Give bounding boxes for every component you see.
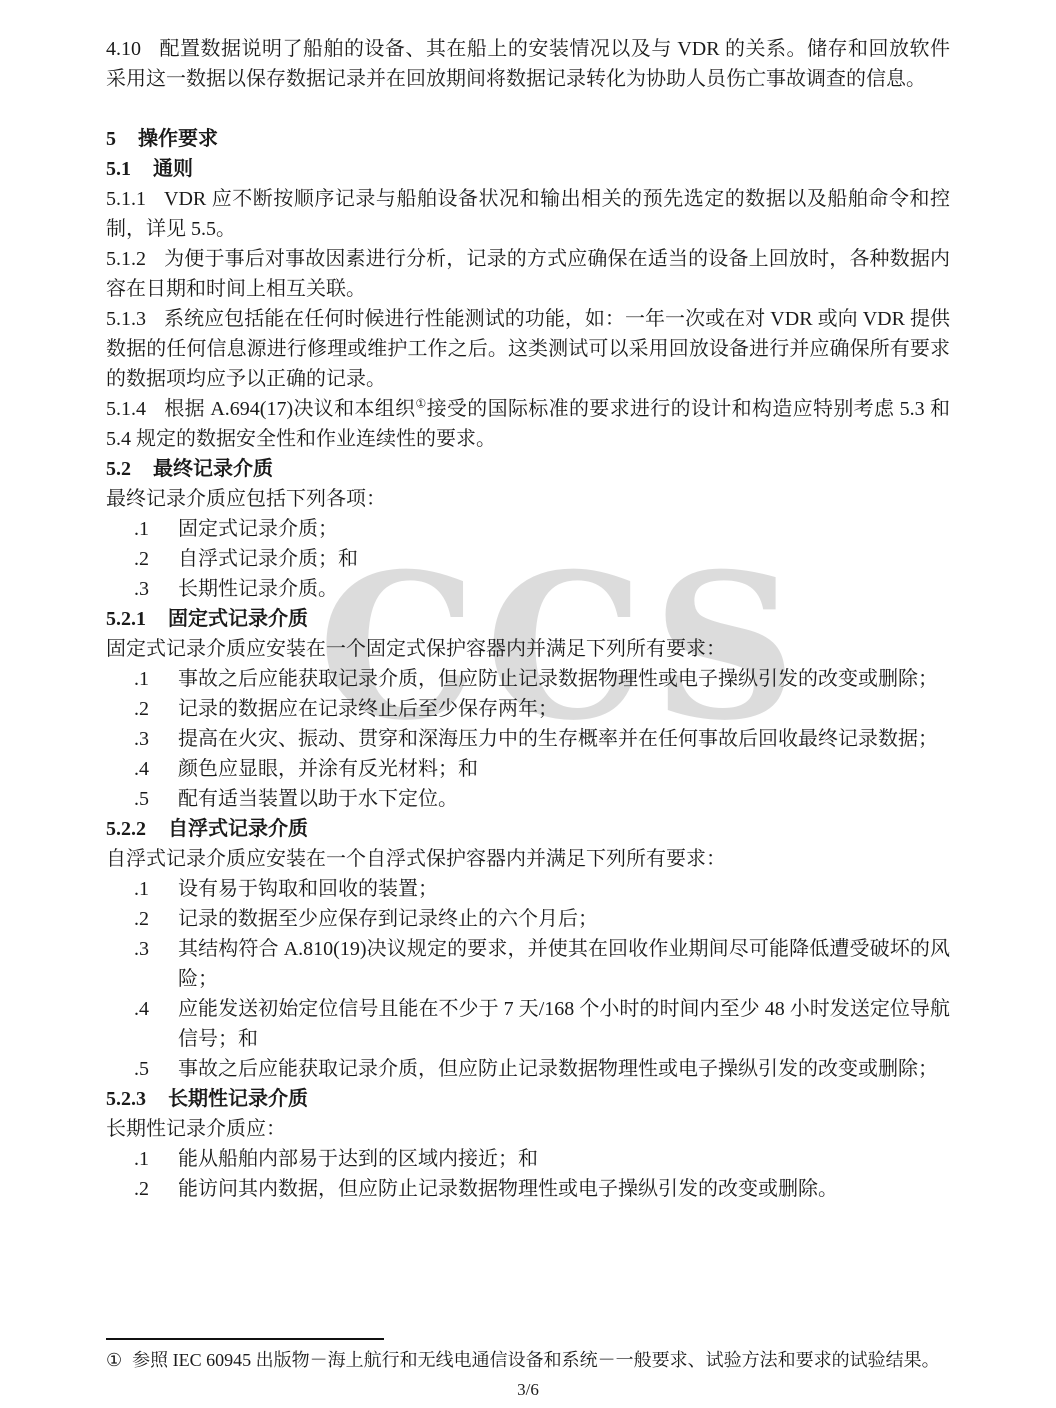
list-item-5-2-2-5: .5事故之后应能获取记录介质，但应防止记录数据物理性或电子操纵引发的改变或删除；: [106, 1054, 950, 1084]
footnote-text: 参照 IEC 60945 出版物－海上航行和无线电通信设备和系统－一般要求、试验…: [132, 1350, 940, 1370]
list-item-marker: .1: [134, 874, 149, 904]
heading-number: 5: [106, 128, 116, 150]
list-item-5-2-1-2: .2记录的数据应在记录终止后至少保存两年；: [106, 694, 950, 724]
heading-title: 通则: [153, 158, 193, 180]
footnote-ref-1: ①: [415, 396, 426, 410]
list-item-marker: .1: [134, 664, 149, 694]
list-item-5-2-2-4: .4应能发送初始定位信号且能在不少于 7 天/168 个小时的时间内至少 48 …: [106, 994, 950, 1054]
list-item-marker: .4: [134, 994, 149, 1024]
list-item-marker: .2: [134, 694, 149, 724]
list-item-text: 记录的数据至少应保存到记录终止的六个月后；: [178, 908, 598, 930]
paragraph-5-1-2: 5.1.2为便于事后对事故因素进行分析，记录的方式应确保在适当的设备上回放时，各…: [106, 244, 950, 304]
heading-5-2-3: 5.2.3长期性记录介质: [106, 1084, 950, 1114]
paragraph-text: VDR 应不断按顺序记录与船舶设备状况和输出相关的预先选定的数据以及船舶命令和控…: [106, 188, 950, 240]
list-item-5-2-1-3: .3提高在火灾、振动、贯穿和深海压力中的生存概率并在任何事故后回收最终记录数据；: [106, 724, 950, 754]
paragraph-text: 为便于事后对事故因素进行分析，记录的方式应确保在适当的设备上回放时，各种数据内容…: [106, 248, 950, 300]
paragraph-4-10: 4.10配置数据说明了船舶的设备、其在船上的安装情况以及与 VDR 的关系。储存…: [106, 34, 950, 94]
list-item-5-2-2-3: .3其结构符合 A.810(19)决议规定的要求，并使其在回收作业期间尽可能降低…: [106, 934, 950, 994]
paragraph-5-2-2-intro: 自浮式记录介质应安装在一个自浮式保护容器内并满足下列所有要求：: [106, 844, 950, 874]
list-item-text: 记录的数据应在记录终止后至少保存两年；: [178, 698, 558, 720]
heading-title: 操作要求: [138, 128, 218, 150]
list-item-text: 自浮式记录介质；和: [178, 548, 358, 570]
heading-number: 5.2.3: [106, 1088, 146, 1110]
heading-number: 5.1: [106, 158, 131, 180]
footnote-marker: ①: [106, 1350, 122, 1370]
list-item-5-2-3: .3长期性记录介质。: [106, 574, 950, 604]
footnote-area: ①参照 IEC 60945 出版物－海上航行和无线电通信设备和系统－一般要求、试…: [106, 1338, 950, 1402]
list-item-text: 颜色应显眼，并涂有反光材料；和: [178, 758, 478, 780]
list-item-text: 能从船舶内部易于达到的区域内接近；和: [178, 1148, 538, 1170]
paragraph-number: 5.1.1: [106, 188, 146, 210]
list-item-text: 应能发送初始定位信号且能在不少于 7 天/168 个小时的时间内至少 48 小时…: [178, 998, 950, 1050]
list-item-marker: .2: [134, 544, 149, 574]
list-item-5-2-2-2: .2记录的数据至少应保存到记录终止的六个月后；: [106, 904, 950, 934]
list-item-text: 事故之后应能获取记录介质，但应防止记录数据物理性或电子操纵引发的改变或删除；: [178, 668, 938, 690]
heading-number: 5.2: [106, 458, 131, 480]
heading-5-2-1: 5.2.1固定式记录介质: [106, 604, 950, 634]
list-item-text: 固定式记录介质；: [178, 518, 338, 540]
list-item-marker: .1: [134, 1144, 149, 1174]
list-item-text: 其结构符合 A.810(19)决议规定的要求，并使其在回收作业期间尽可能降低遭受…: [178, 938, 950, 990]
list-item-text: 提高在火灾、振动、贯穿和深海压力中的生存概率并在任何事故后回收最终记录数据；: [178, 728, 938, 750]
paragraph-5-1-1: 5.1.1VDR 应不断按顺序记录与船舶设备状况和输出相关的预先选定的数据以及船…: [106, 184, 950, 244]
list-item-5-2-1: .1固定式记录介质；: [106, 514, 950, 544]
heading-title: 最终记录介质: [153, 458, 273, 480]
list-item-5-2-1-5: .5配有适当装置以助于水下定位。: [106, 784, 950, 814]
heading-number: 5.2.2: [106, 818, 146, 840]
list-item-marker: .5: [134, 784, 149, 814]
list-item-5-2-3-1: .1能从船舶内部易于达到的区域内接近；和: [106, 1144, 950, 1174]
footnote-separator-rule: [106, 1338, 384, 1340]
paragraph-text: 配置数据说明了船舶的设备、其在船上的安装情况以及与 VDR 的关系。储存和回放软…: [106, 38, 950, 90]
list-item-marker: .2: [134, 1174, 149, 1204]
list-item-marker: .2: [134, 904, 149, 934]
list-item-text: 能访问其内数据，但应防止记录数据物理性或电子操纵引发的改变或删除。: [178, 1178, 838, 1200]
document-page: CCS 4.10配置数据说明了船舶的设备、其在船上的安装情况以及与 VDR 的关…: [0, 0, 1056, 1408]
list-item-5-2-1-4: .4颜色应显眼，并涂有反光材料；和: [106, 754, 950, 784]
paragraph-number: 5.1.4: [106, 398, 146, 420]
list-item-marker: .3: [134, 574, 149, 604]
heading-5-2-2: 5.2.2自浮式记录介质: [106, 814, 950, 844]
list-item-5-2-3-2: .2能访问其内数据，但应防止记录数据物理性或电子操纵引发的改变或删除。: [106, 1174, 950, 1204]
document-content: 4.10配置数据说明了船舶的设备、其在船上的安装情况以及与 VDR 的关系。储存…: [0, 0, 1056, 1204]
list-item-marker: .1: [134, 514, 149, 544]
paragraph-number: 4.10: [106, 38, 141, 60]
paragraph-5-2-3-intro: 长期性记录介质应：: [106, 1114, 950, 1144]
heading-5-1: 5.1通则: [106, 154, 950, 184]
list-item-marker: .4: [134, 754, 149, 784]
list-item-marker: .3: [134, 934, 149, 964]
heading-number: 5.2.1: [106, 608, 146, 630]
list-item-text: 事故之后应能获取记录介质，但应防止记录数据物理性或电子操纵引发的改变或删除；: [178, 1058, 938, 1080]
list-item-text: 设有易于钩取和回收的装置；: [178, 878, 438, 900]
footnote: ①参照 IEC 60945 出版物－海上航行和无线电通信设备和系统－一般要求、试…: [106, 1348, 950, 1372]
paragraph-number: 5.1.3: [106, 308, 146, 330]
paragraph-5-1-3: 5.1.3系统应包括能在任何时候进行性能测试的功能，如：一年一次或在对 VDR …: [106, 304, 950, 394]
list-item-5-2-2-1: .1设有易于钩取和回收的装置；: [106, 874, 950, 904]
heading-title: 固定式记录介质: [168, 608, 308, 630]
heading-5: 5操作要求: [106, 124, 950, 154]
paragraph-5-1-4: 5.1.4根据 A.694(17)决议和本组织①接受的国际标准的要求进行的设计和…: [106, 394, 950, 454]
list-item-text: 长期性记录介质。: [178, 578, 338, 600]
paragraph-5-2-1-intro: 固定式记录介质应安装在一个固定式保护容器内并满足下列所有要求：: [106, 634, 950, 664]
list-item-5-2-1-1: .1事故之后应能获取记录介质，但应防止记录数据物理性或电子操纵引发的改变或删除；: [106, 664, 950, 694]
list-item-marker: .5: [134, 1054, 149, 1084]
list-item-5-2-2: .2自浮式记录介质；和: [106, 544, 950, 574]
paragraph-text: 系统应包括能在任何时候进行性能测试的功能，如：一年一次或在对 VDR 或向 VD…: [106, 308, 950, 390]
heading-title: 自浮式记录介质: [168, 818, 308, 840]
list-item-text: 配有适当装置以助于水下定位。: [178, 788, 458, 810]
paragraph-text: 根据 A.694(17)决议和本组织: [164, 398, 415, 420]
heading-title: 长期性记录介质: [168, 1088, 308, 1110]
list-item-marker: .3: [134, 724, 149, 754]
page-number: 3/6: [106, 1378, 950, 1402]
heading-5-2: 5.2最终记录介质: [106, 454, 950, 484]
paragraph-number: 5.1.2: [106, 248, 146, 270]
paragraph-5-2-intro: 最终记录介质应包括下列各项：: [106, 484, 950, 514]
